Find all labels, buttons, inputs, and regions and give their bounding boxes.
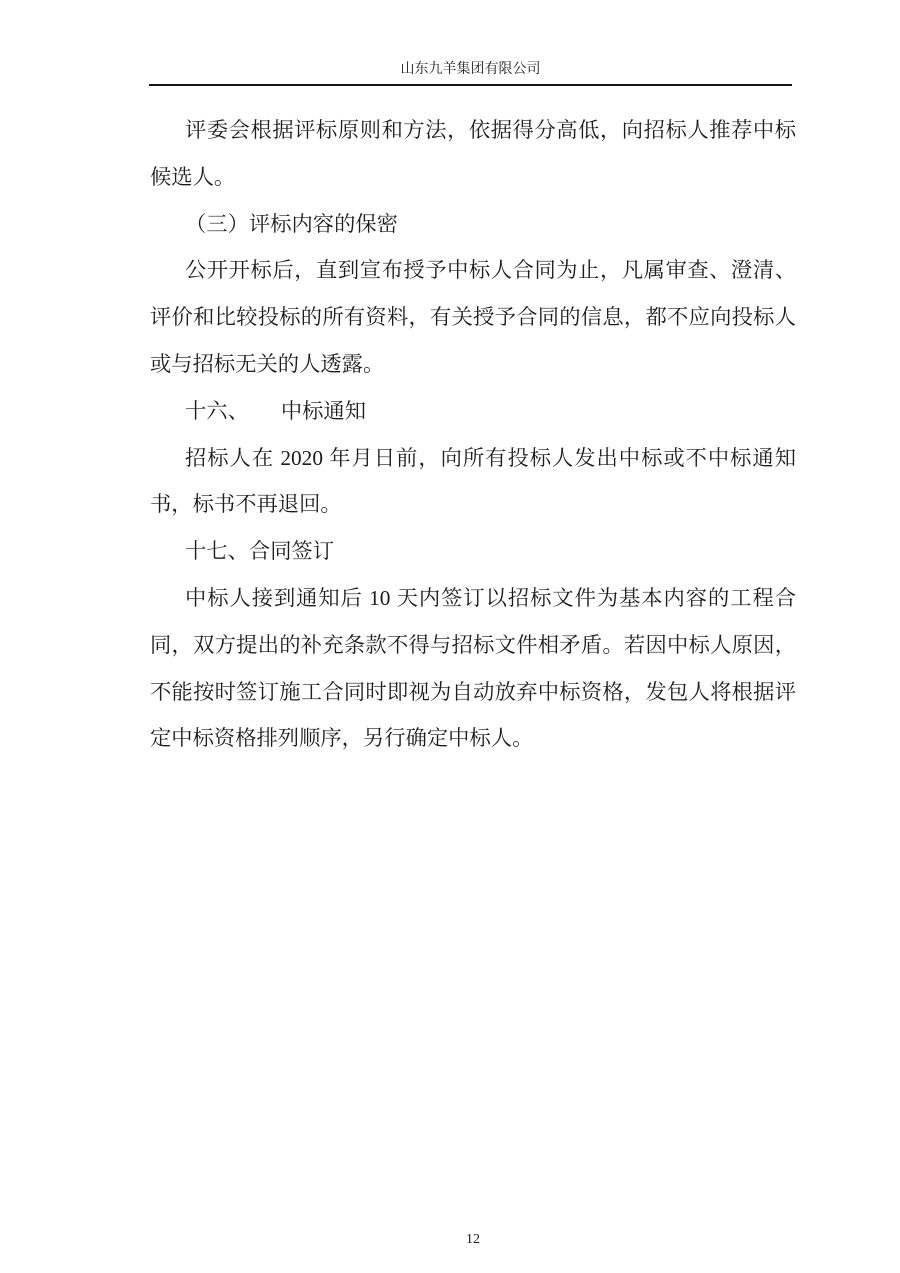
page-footer: 12 (150, 1231, 796, 1249)
paragraph-confidentiality-details: 公开开标后，直到宣布授予中标人合同为止，凡属审查、澄清、评价和比较投标的所有资料… (150, 247, 796, 387)
paragraph-award-notice-details: 招标人在 2020 年月日前，向所有投标人发出中标或不中标通知书，标书不再退回。 (150, 435, 796, 529)
header-divider-rule (149, 84, 792, 86)
header-company-name: 山东九羊集团有限公司 (149, 0, 792, 80)
heading-section-3-confidentiality: （三）评标内容的保密 (150, 201, 796, 248)
heading-16-award-notice: 十六、 中标通知 (150, 388, 796, 435)
document-page: 山东九羊集团有限公司 评委会根据评标原则和方法，依据得分高低，向招标人推荐中标候… (0, 0, 900, 1273)
paragraph-evaluation-recommendation: 评委会根据评标原则和方法，依据得分高低，向招标人推荐中标候选人。 (150, 107, 796, 201)
page-number: 12 (150, 1231, 796, 1249)
page-header: 山东九羊集团有限公司 (149, 0, 792, 86)
heading-17-contract-signing: 十七、合同签订 (150, 528, 796, 575)
paragraph-contract-signing-details: 中标人接到通知后 10 天内签订以招标文件为基本内容的工程合同，双方提出的补充条… (150, 575, 796, 762)
document-body: 评委会根据评标原则和方法，依据得分高低，向招标人推荐中标候选人。 （三）评标内容… (150, 107, 796, 762)
